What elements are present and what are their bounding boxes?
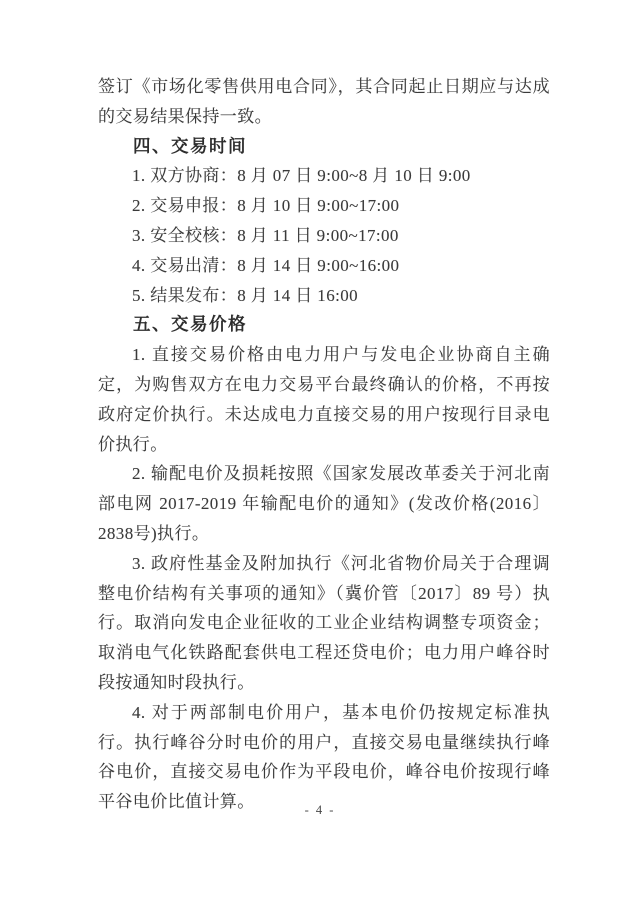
trading-schedule-list: 1. 双方协商：8 月 07 日 9:00~8 月 10 日 9:00 2. 交… (98, 161, 550, 310)
section-heading-trading-price: 五、交易价格 (98, 310, 550, 340)
continuation-paragraph: 签订《市场化零售供用电合同》，其合同起止日期应与达成的交易结果保持一致。 (98, 72, 550, 132)
schedule-item-result-release: 5. 结果发布：8 月 14 日 16:00 (98, 281, 550, 311)
schedule-item-negotiation: 1. 双方协商：8 月 07 日 9:00~8 月 10 日 9:00 (98, 161, 550, 191)
page-number: - 4 - (0, 803, 640, 818)
document-body: 签订《市场化零售供用电合同》，其合同起止日期应与达成的交易结果保持一致。 四、交… (98, 72, 550, 817)
price-paragraph-two-part-tariff: 4. 对于两部制电价用户，基本电价仍按规定标准执行。执行峰谷分时电价的用户，直接… (98, 698, 550, 817)
price-paragraph-direct-trade: 1. 直接交易价格由电力用户与发电企业协商自主确定，为购售双方在电力交易平台最终… (98, 340, 550, 459)
document-page: 签订《市场化零售供用电合同》，其合同起止日期应与达成的交易结果保持一致。 四、交… (0, 0, 640, 904)
schedule-item-declaration: 2. 交易申报：8 月 10 日 9:00~17:00 (98, 191, 550, 221)
section-heading-trading-time: 四、交易时间 (98, 132, 550, 162)
schedule-item-clearing: 4. 交易出清：8 月 14 日 9:00~16:00 (98, 251, 550, 281)
schedule-item-security-check: 3. 安全校核：8 月 11 日 9:00~17:00 (98, 221, 550, 251)
price-paragraph-government-funds: 3. 政府性基金及附加执行《河北省物价局关于合理调整电价结构有关事项的通知》（冀… (98, 549, 550, 698)
price-paragraph-transmission-tariff: 2. 输配电价及损耗按照《国家发展改革委关于河北南部电网 2017-2019 年… (98, 459, 550, 548)
